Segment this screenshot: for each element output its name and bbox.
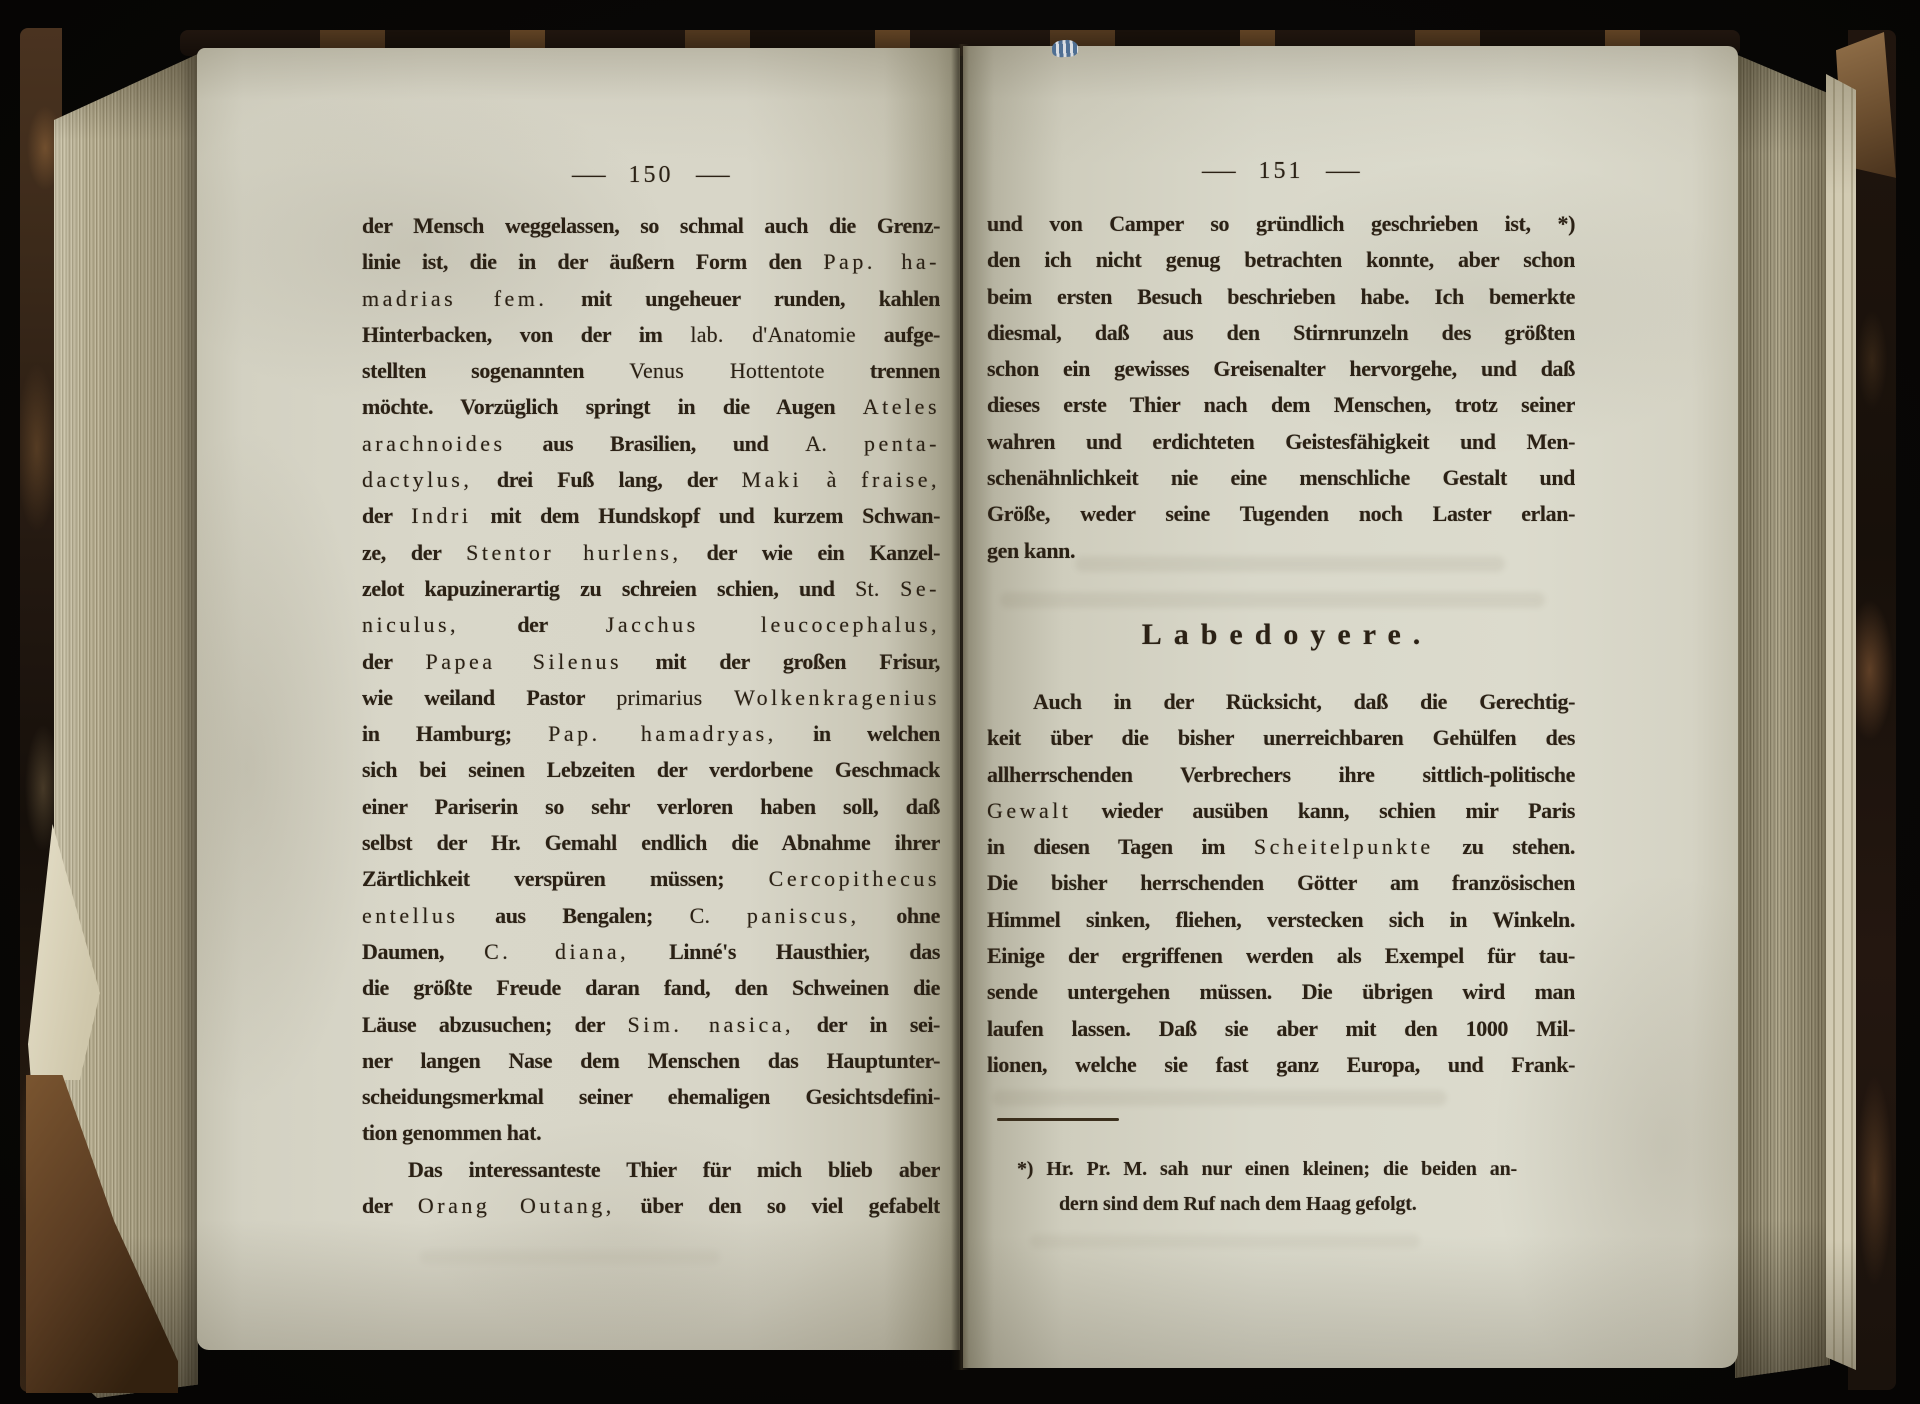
text-line: beim ersten Besuch beschrieben habe. Ich… (987, 279, 1575, 315)
antiqua-run: niculus, (362, 612, 459, 637)
fraktur-run: in Hamburg; (362, 721, 548, 746)
fraktur-run: in diesen Tagen im (987, 834, 1254, 859)
page-150-text: der Mensch weggelassen, so schmal auch d… (362, 208, 940, 1224)
text-line: diesmal, daß aus den Stirnrunzeln des gr… (987, 315, 1575, 351)
fraktur-run: der Mensch weggelassen, so schmal auch d… (362, 213, 940, 238)
antiqua-run: lab. d'Anatomie (690, 322, 855, 347)
fraktur-run: diesmal, daß aus den Stirnrunzeln des gr… (987, 320, 1575, 345)
fraktur-run: beim ersten Besuch beschrieben habe. Ich… (987, 284, 1575, 309)
fraktur-run: gen kann. (987, 538, 1075, 563)
antiqua-run: St. (855, 576, 879, 601)
fraktur-run: Daumen, (362, 939, 484, 964)
fraktur-run: dieses erste Thier nach dem Menschen, tr… (987, 392, 1575, 417)
fraktur-run (802, 467, 827, 492)
fraktur-run (710, 903, 747, 928)
header-dash: — (1326, 154, 1361, 188)
antiqua-run: à (827, 467, 837, 492)
gutter-fold (951, 44, 969, 1370)
antiqua-run: paniscus, (747, 903, 860, 928)
page-number: 151 (1259, 158, 1304, 184)
header-dash: — (572, 158, 607, 192)
text-line: und von Camper so gründlich geschrieben … (987, 206, 1575, 242)
antiqua-run: madrias fem. (362, 286, 547, 311)
text-line: tion genommen hat. (362, 1115, 940, 1151)
fraktur-run: zelot kapuzinerartig zu schreien schien,… (362, 576, 855, 601)
text-line: einer Pariserin so sehr verloren haben s… (362, 789, 940, 825)
text-line: Daumen, C. diana, Linné's Hausthier, das (362, 934, 940, 970)
text-line: wahren und erdichteten Geistesfähigkeit … (987, 424, 1575, 460)
text-line: niculus, der Jacchus leucocephalus, (362, 607, 940, 643)
fraktur-run: der wie ein Kanzel- (681, 540, 940, 565)
text-line: sende untergehen müssen. Die übrigen wir… (987, 974, 1575, 1010)
antiqua-run: A. (805, 431, 827, 456)
fraktur-run: scheidungsmerkmal seiner ehemaligen Gesi… (362, 1084, 940, 1109)
text-line: entellus aus Bengalen; C. paniscus, ohne (362, 898, 940, 934)
antiqua-run: Orang Outang, (418, 1193, 615, 1218)
antiqua-run: arachnoides (362, 431, 506, 456)
page-number: 150 (629, 162, 674, 188)
fraktur-run: mit der großen Frisur, (622, 649, 940, 674)
text-line: dactylus, drei Fuß lang, der Maki à frai… (362, 462, 940, 498)
antiqua-run: Gewalt (987, 798, 1072, 823)
fraktur-run (827, 431, 864, 456)
text-line: ner langen Nase dem Menschen das Hauptun… (362, 1043, 940, 1079)
page-151-header: —151— (987, 154, 1575, 188)
text-line: in diesen Tagen im Scheitelpunkte zu ste… (987, 829, 1575, 865)
fraktur-run: aufge- (856, 322, 940, 347)
text-line: *) Hr. Pr. M. sah nur einen kleinen; die… (1017, 1152, 1517, 1187)
fraktur-run: der in sei- (794, 1012, 940, 1037)
text-line: Himmel sinken, fliehen, verstecken sich … (987, 902, 1575, 938)
fraktur-run: ze, der (362, 540, 466, 565)
antiqua-run: C. diana, (484, 939, 629, 964)
text-line: die größte Freude daran fand, den Schwei… (362, 970, 940, 1006)
antiqua-run: primarius (616, 685, 702, 710)
text-line: Hinterbacken, von der im lab. d'Anatomie… (362, 317, 940, 353)
fraktur-run: sich bei seinen Lebzeiten der verdorbene… (362, 757, 940, 782)
antiqua-run: Stentor hurlens, (466, 540, 681, 565)
header-dash: — (1202, 154, 1237, 188)
fraktur-run: der (362, 649, 426, 674)
show-through-smudge (992, 1090, 1447, 1106)
fraktur-run: Zärtlichkeit verspüren müssen; (362, 866, 769, 891)
show-through-smudge (1030, 1234, 1420, 1248)
fraktur-run: Die bisher herrschenden Götter am franzö… (987, 870, 1575, 895)
text-line: scheidungsmerkmal seiner ehemaligen Gesi… (362, 1079, 940, 1115)
book-photo: —150— —151— der Mensch weggelassen, so s… (0, 0, 1920, 1404)
fraktur-run: dern sind dem Ruf nach dem Haag gefolgt. (1059, 1193, 1417, 1215)
fraktur-run: der (362, 503, 411, 528)
show-through-smudge (1000, 592, 1545, 608)
fraktur-run (837, 467, 862, 492)
fraktur-run: schon ein gewisses Greisenalter hervorge… (987, 356, 1575, 381)
fraktur-run: Größe, weder seine Tugenden noch Laster … (987, 501, 1575, 526)
fraktur-run: in welchen (777, 721, 940, 746)
fraktur-run: wieder ausüben kann, schien mir Paris (1072, 798, 1575, 823)
text-line: zelot kapuzinerartig zu schreien schien,… (362, 571, 940, 607)
antiqua-run: C. (690, 903, 711, 928)
text-line: der Orang Outang, über den so viel gefab… (362, 1188, 940, 1224)
text-line: Zärtlichkeit verspüren müssen; Cercopith… (362, 861, 940, 897)
antiqua-run: Jacchus leucocephalus, (606, 612, 940, 637)
fraktur-run: einer Pariserin so sehr verloren haben s… (362, 794, 940, 819)
text-line: Das interessanteste Thier für mich blieb… (362, 1152, 940, 1188)
fraktur-run: der (459, 612, 606, 637)
antiqua-run: Pap. ha- (823, 249, 940, 274)
text-line: der Papea Silenus mit der großen Frisur, (362, 644, 940, 680)
fraktur-run: laufen lassen. Daß sie aber mit den 1000… (987, 1016, 1575, 1041)
antiqua-run: Sim. nasica, (627, 1012, 794, 1037)
text-line: keit über die bisher unerreichbaren Gehü… (987, 720, 1575, 756)
antiqua-run: Pap. hamadryas, (548, 721, 777, 746)
text-line: möchte. Vorzüglich springt in die Augen … (362, 389, 940, 425)
fraktur-run: über den so viel gefabelt (615, 1193, 940, 1218)
text-line: schon ein gewisses Greisenalter hervorge… (987, 351, 1575, 387)
text-line: sich bei seinen Lebzeiten der verdorbene… (362, 752, 940, 788)
fraktur-run: Das interessanteste Thier für mich blieb… (408, 1157, 940, 1182)
fraktur-run: zu stehen. (1434, 834, 1575, 859)
fraktur-run: linie ist, die in der äußern Form den (362, 249, 823, 274)
antiqua-run: Ateles (863, 394, 940, 419)
antiqua-run: Venus Hottentote (629, 358, 824, 383)
antiqua-run: fraise, (861, 467, 940, 492)
header-dash: — (696, 158, 731, 192)
text-line: allherrschenden Verbrechers ihre sittlic… (987, 757, 1575, 793)
antiqua-run: penta- (864, 431, 940, 456)
fraktur-run: trennen (825, 358, 940, 383)
text-line: schenähnlichkeit nie eine menschliche Ge… (987, 460, 1575, 496)
fraktur-run: ohne (860, 903, 940, 928)
fraktur-run: lionen, welche sie fast ganz Europa, und… (987, 1052, 1575, 1077)
text-line: Auch in der Rücksicht, daß die Gerechtig… (987, 684, 1575, 720)
fraktur-run: Einige der ergriffenen werden als Exempe… (987, 943, 1575, 968)
fraktur-run: Hinterbacken, von der im (362, 322, 690, 347)
fraktur-run: aus Brasilien, und (506, 431, 806, 456)
fraktur-run: möchte. Vorzüglich springt in die Augen (362, 394, 863, 419)
text-line: Größe, weder seine Tugenden noch Laster … (987, 496, 1575, 532)
fraktur-run: *) Hr. Pr. M. sah nur einen kleinen; die… (1017, 1158, 1517, 1180)
fraktur-run: stellten sogenannten (362, 358, 629, 383)
fraktur-run: selbst der Hr. Gemahl endlich die Abnahm… (362, 830, 940, 855)
fraktur-run: drei Fuß lang, der (472, 467, 741, 492)
text-line: den ich nicht genug betrachten konnte, a… (987, 242, 1575, 278)
fraktur-run: wie weiland Pastor (362, 685, 616, 710)
text-line: wie weiland Pastor primarius Wolkenkrage… (362, 680, 940, 716)
right-fore-edge-pages (1735, 48, 1830, 1378)
text-line: in Hamburg; Pap. hamadryas, in welchen (362, 716, 940, 752)
antiqua-run: Papea Silenus (426, 649, 623, 674)
fraktur-run: allherrschenden Verbrechers ihre sittlic… (987, 762, 1575, 787)
footnote-rule (997, 1118, 1119, 1121)
text-line: dern sind dem Ruf nach dem Haag gefolgt. (1017, 1187, 1517, 1222)
page-151-paragraph-1: und von Camper so gründlich geschrieben … (987, 206, 1575, 569)
fraktur-run: aus Bengalen; (458, 903, 689, 928)
antiqua-run: Se- (900, 576, 940, 601)
fraktur-run: den ich nicht genug betrachten konnte, a… (987, 247, 1575, 272)
page-151-footnote: *) Hr. Pr. M. sah nur einen kleinen; die… (1017, 1152, 1517, 1222)
antiqua-run: Cercopithecus (769, 866, 940, 891)
text-line: arachnoides aus Brasilien, und A. penta- (362, 426, 940, 462)
antiqua-run: Indri (411, 503, 471, 528)
endband (1052, 39, 1079, 57)
antiqua-run: entellus (362, 903, 458, 928)
fraktur-run: ner langen Nase dem Menschen das Hauptun… (362, 1048, 940, 1073)
text-line: Einige der ergriffenen werden als Exempe… (987, 938, 1575, 974)
fraktur-run: sende untergehen müssen. Die übrigen wir… (987, 979, 1575, 1004)
text-line: Gewalt wieder ausüben kann, schien mir P… (987, 793, 1575, 829)
fraktur-run: und von Camper so gründlich geschrieben … (987, 211, 1575, 236)
fraktur-run: keit über die bisher unerreichbaren Gehü… (987, 725, 1575, 750)
gutter-bottom-shadow (933, 1336, 993, 1382)
fraktur-run (702, 685, 734, 710)
antiqua-run: dactylus, (362, 467, 472, 492)
section-heading: Labedoyere. (987, 618, 1575, 652)
page-150-header: —150— (362, 158, 940, 192)
text-line: laufen lassen. Daß sie aber mit den 1000… (987, 1011, 1575, 1047)
text-line: der Indri mit dem Hundskopf und kurzem S… (362, 498, 940, 534)
text-line: selbst der Hr. Gemahl endlich die Abnahm… (362, 825, 940, 861)
show-through-smudge (420, 1250, 720, 1264)
fraktur-run: wahren und erdichteten Geistesfähigkeit … (987, 429, 1575, 454)
fraktur-run: mit ungeheuer runden, kahlen (547, 286, 940, 311)
fraktur-run: der (362, 1193, 418, 1218)
text-line: lionen, welche sie fast ganz Europa, und… (987, 1047, 1575, 1083)
fraktur-run: tion genommen hat. (362, 1120, 541, 1145)
antiqua-run: Maki (742, 467, 802, 492)
antiqua-run: Wolkenkragenius (734, 685, 940, 710)
fraktur-run (880, 576, 901, 601)
text-line: dieses erste Thier nach dem Menschen, tr… (987, 387, 1575, 423)
right-outer-page-edge (1826, 64, 1856, 1370)
text-line: ze, der Stentor hurlens, der wie ein Kan… (362, 535, 940, 571)
text-line: stellten sogenannten Venus Hottentote tr… (362, 353, 940, 389)
text-line: der Mensch weggelassen, so schmal auch d… (362, 208, 940, 244)
text-line: madrias fem. mit ungeheuer runden, kahle… (362, 281, 940, 317)
fraktur-run: die größte Freude daran fand, den Schwei… (362, 975, 940, 1000)
text-line: Läuse abzusuchen; der Sim. nasica, der i… (362, 1007, 940, 1043)
text-line: linie ist, die in der äußern Form den Pa… (362, 244, 940, 280)
page-151-paragraph-2: Auch in der Rücksicht, daß die Gerechtig… (987, 684, 1575, 1083)
fraktur-run: schenähnlichkeit nie eine menschliche Ge… (987, 465, 1575, 490)
antiqua-run: Scheitelpunkte (1254, 834, 1434, 859)
text-line: Die bisher herrschenden Götter am franzö… (987, 865, 1575, 901)
fraktur-run: Auch in der Rücksicht, daß die Gerechtig… (1033, 689, 1575, 714)
show-through-smudge (1075, 556, 1505, 572)
fraktur-run: Himmel sinken, fliehen, verstecken sich … (987, 907, 1575, 932)
fraktur-run: Läuse abzusuchen; der (362, 1012, 627, 1037)
fraktur-run: mit dem Hundskopf und kurzem Schwan- (471, 503, 940, 528)
fraktur-run: Linné's Hausthier, das (629, 939, 940, 964)
